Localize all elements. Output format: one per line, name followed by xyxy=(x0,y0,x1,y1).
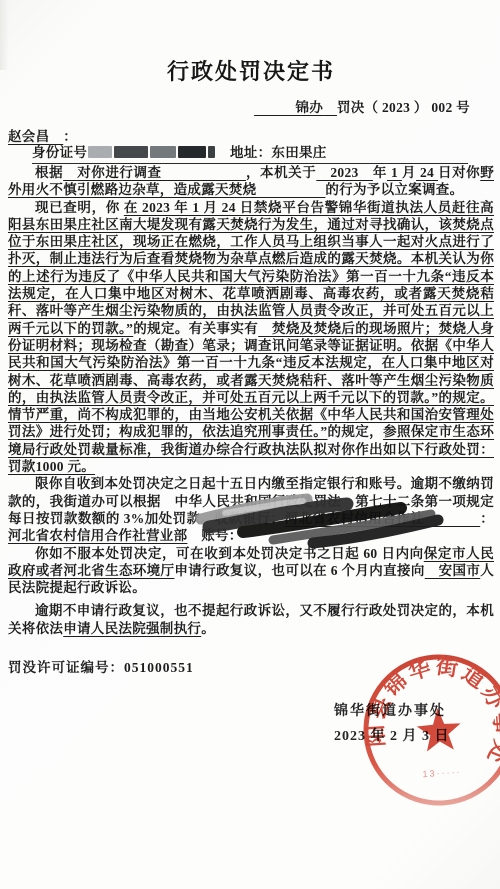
text-segment: 对你进行调查 xyxy=(63,165,246,180)
paragraph-enforcement: 逾期不申请行政复议，也不提起行政诉讼，又不履行行政处罚决定的，本机关将依法申请人… xyxy=(8,602,494,637)
text-segment: 2023 xyxy=(316,165,373,180)
license-number-line: 罚没许可证编号：051000551 xyxy=(8,656,194,676)
redaction-block xyxy=(150,146,176,158)
text-segment: 罚决（ 2023 ） 002 号 xyxy=(337,100,470,115)
text-segment: 的规定， xyxy=(327,424,383,439)
text-segment: 账号： xyxy=(187,528,242,543)
text-segment: 的规定。有关事实有 xyxy=(133,321,258,336)
text-segment: 年 xyxy=(373,165,387,180)
text-segment: ： xyxy=(63,129,77,144)
text-segment: 24 xyxy=(416,165,438,180)
text-segment: 你如不服本处罚决定，可在收到本处罚决定书之日起 60 日内向 xyxy=(35,546,424,561)
text-segment: 赵会昌 xyxy=(8,129,49,144)
official-stamp: 高阳县锦华街道办事处 13····· xyxy=(347,638,500,822)
text-segment: 现已查明，你 xyxy=(35,200,124,215)
paragraph-appeal-rights: 你如不服本处罚决定，可在收到本处罚决定书之日起 60 日内向保定市人民政府或者河… xyxy=(8,545,494,597)
document-body: 行政处罚决定书 锦办 罚决（ 2023 ） 002 号 赵会昌 ： 身份证号 地… xyxy=(8,55,494,637)
redaction-block xyxy=(178,146,206,158)
text-segment: 申请行政复议，也可以在 6 个月内直接向 xyxy=(174,563,424,578)
text-segment: 1 xyxy=(387,165,402,180)
stamp-code: 13····· xyxy=(422,767,462,780)
text-segment: 日对你 xyxy=(438,165,480,180)
redaction-block xyxy=(208,146,215,158)
text-segment: 月 xyxy=(402,165,416,180)
text-segment: 在 2023 年 1 月 24 日禁烧平台告警锦华街道执法人员赶往高阳县东田果庄… xyxy=(8,200,494,336)
text-segment: 中华人民共和国行政处罚法 xyxy=(161,494,355,509)
doc-number-line: 锦办 罚决（ 2023 ） 002 号 xyxy=(8,96,494,116)
text-segment: 河北省农村信用合作社 xyxy=(284,511,480,526)
text-segment xyxy=(254,100,295,115)
text-segment: 的行为予以立案调查。 xyxy=(325,182,463,197)
body-paragraphs: 根据 对你进行调查 ，本机关于 2023 年 1 月 24 日对你野外用火不慎引… xyxy=(8,164,494,637)
text-segment: 锦办 xyxy=(296,100,324,115)
penalty-decision-document: 行政处罚决定书 锦办 罚决（ 2023 ） 002 号 赵会昌 ： 身份证号 地… xyxy=(0,0,500,889)
text-segment xyxy=(323,100,337,115)
page-title: 行政处罚决定书 xyxy=(8,55,494,86)
paragraph-findings: 现已查明，你 在 2023 年 1 月 24 日禁烧平台告警锦华街道执法人员赶往… xyxy=(8,199,494,476)
text-segment: ，本机关于 xyxy=(246,165,316,180)
text-segment: 。 xyxy=(201,621,215,636)
text-segment: 申请人民法院强制执行 xyxy=(63,621,201,636)
salutation-line: 赵会昌 ： xyxy=(8,125,494,145)
stamp-star-icon xyxy=(416,707,463,753)
text-segment xyxy=(49,129,63,144)
redaction-block xyxy=(114,146,148,158)
id-address-line: 身份证号 地址：东田果庄 xyxy=(32,145,468,164)
text-segment: 根据 xyxy=(35,165,63,180)
paragraph-case-filing: 根据 对你进行调查 ，本机关于 2023 年 1 月 24 日对你野外用火不慎引… xyxy=(8,164,494,199)
text-segment: 地址：东田果庄 xyxy=(216,145,326,160)
text-segment: 河北省农村信用合作社营业部 xyxy=(8,528,187,543)
text-segment: ： xyxy=(480,511,494,526)
paragraph-payment: 限你自收到本处罚决定之日起十五日内缴至指定银行和账号。逾期不缴纳罚款的，我街道办… xyxy=(8,475,494,544)
text-segment: 安国市 xyxy=(425,563,480,578)
redaction-block xyxy=(88,146,112,158)
text-segment: 身份证号 xyxy=(32,145,87,160)
